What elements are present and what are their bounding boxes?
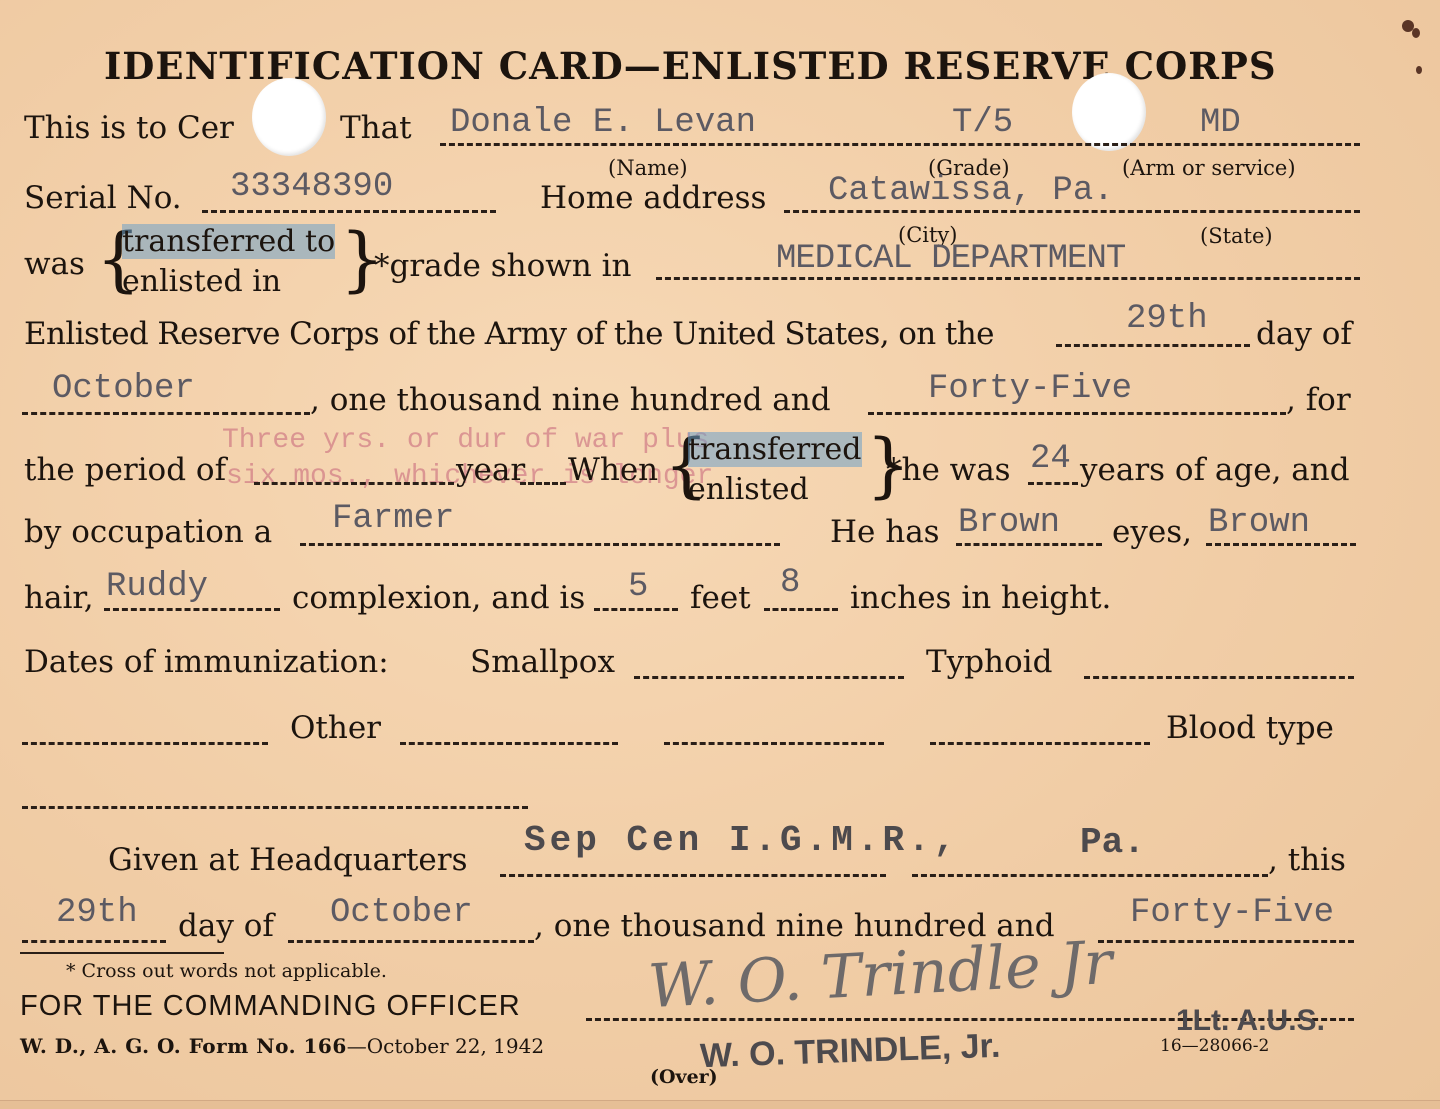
- issue-day-of-label: day of: [178, 908, 274, 944]
- grade-shown-value[interactable]: MEDICAL DEPARTMENT: [776, 240, 1125, 278]
- day-value[interactable]: 29th: [1126, 300, 1208, 338]
- hq-line-2: [912, 874, 1268, 877]
- hair-color-value[interactable]: Brown: [1208, 504, 1310, 542]
- was-option-transferred[interactable]: transferred to: [122, 224, 335, 259]
- name-line: [440, 143, 1360, 146]
- period-label: the period of: [24, 452, 226, 488]
- home-address-label: Home address: [540, 180, 766, 216]
- he-was-label: *he was: [886, 452, 1011, 488]
- footnote-rule: [20, 952, 224, 954]
- day-of-label: day of: [1256, 316, 1352, 352]
- typhoid-line[interactable]: [1084, 676, 1354, 679]
- given-label: Given at Headquarters: [108, 842, 468, 878]
- erc-sentence: Enlisted Reserve Corps of the Army of th…: [24, 316, 994, 352]
- when-option-transferred[interactable]: transferred: [688, 432, 862, 467]
- grade-shown-label: *grade shown in: [374, 248, 631, 284]
- for-co-label: FOR THE COMMANDING OFFICER: [20, 990, 521, 1023]
- print-code: 16—28066-2: [1160, 1036, 1269, 1056]
- feet-value[interactable]: 5: [628, 568, 648, 606]
- age-line: [1028, 482, 1078, 485]
- ink-spot: [1416, 66, 1422, 74]
- inches-line: [764, 608, 838, 611]
- name-value[interactable]: Donale E. Levan: [450, 104, 756, 142]
- certify-label: This is to Cer: [24, 110, 234, 146]
- arm-value[interactable]: MD: [1200, 104, 1241, 142]
- issue-day-line: [22, 940, 166, 943]
- serial-label: Serial No.: [24, 180, 182, 216]
- that-label: That: [340, 110, 412, 146]
- period-line-1: [254, 482, 454, 485]
- ink-spot: [1412, 28, 1420, 38]
- occupation-label: by occupation a: [24, 514, 272, 550]
- footnote: * Cross out words not applicable.: [66, 960, 387, 982]
- complexion-value[interactable]: Ruddy: [106, 568, 208, 606]
- period-line-2: [520, 482, 566, 485]
- hair-label: hair,: [24, 580, 94, 616]
- he-has-label: He has: [830, 514, 940, 550]
- hq-line-1: [500, 874, 886, 877]
- year-line: [868, 412, 1286, 415]
- eyes-label: eyes,: [1112, 514, 1192, 550]
- caption-state: (State): [1200, 224, 1273, 248]
- immunization-label: Dates of immunization:: [24, 644, 389, 680]
- issue-day-value[interactable]: 29th: [56, 894, 138, 932]
- grade-value[interactable]: T/5: [952, 104, 1013, 142]
- hq-stamp-value[interactable]: Sep Cen I.G.M.R.,: [524, 820, 959, 861]
- id-card: IDENTIFICATION CARD—ENLISTED RESERVE COR…: [0, 0, 1440, 1109]
- issue-year-value[interactable]: Forty-Five: [1130, 894, 1334, 932]
- other-line-1[interactable]: [400, 742, 618, 745]
- other-line-2[interactable]: [664, 742, 884, 745]
- year-prefix-label: , one thousand nine hundred and: [310, 382, 831, 418]
- eyes-value[interactable]: Brown: [958, 504, 1060, 542]
- smallpox-line[interactable]: [634, 676, 904, 679]
- year-value[interactable]: Forty-Five: [928, 370, 1132, 408]
- this-label: , this: [1268, 842, 1346, 878]
- form-number-text: W. D., A. G. O. Form No. 166: [20, 1034, 347, 1058]
- signer-rank-stamp: 1Lt. A.U.S.: [1176, 1004, 1325, 1038]
- punch-hole-right: [1072, 73, 1146, 151]
- smallpox-label: Smallpox: [470, 644, 615, 680]
- feet-line: [594, 608, 678, 611]
- month-value[interactable]: October: [52, 370, 195, 408]
- typhoid-label: Typhoid: [926, 644, 1052, 680]
- was-label: was: [24, 246, 85, 282]
- period-year-label: year: [456, 452, 525, 488]
- occupation-value[interactable]: Farmer: [332, 500, 454, 538]
- hq-stamp-state[interactable]: Pa.: [1080, 822, 1145, 863]
- form-number: W. D., A. G. O. Form No. 166—October 22,…: [20, 1034, 544, 1058]
- was-option-enlisted[interactable]: enlisted in: [122, 264, 281, 299]
- occupation-line: [300, 543, 780, 546]
- age-suffix-label: years of age, and: [1080, 452, 1350, 488]
- inches-label: inches in height.: [850, 580, 1111, 616]
- immunization-line-left[interactable]: [22, 742, 268, 745]
- inches-value[interactable]: 8: [780, 564, 800, 602]
- complexion-line: [104, 608, 280, 611]
- serial-line: [202, 210, 496, 213]
- blood-type-line[interactable]: [22, 806, 528, 809]
- complexion-label: complexion, and is: [292, 580, 585, 616]
- signer-name-stamp: W. O. TRINDLE, Jr.: [699, 1027, 1001, 1076]
- issue-month-value[interactable]: October: [330, 894, 473, 932]
- eyes-line: [956, 543, 1102, 546]
- issue-month-line: [288, 940, 534, 943]
- serial-value[interactable]: 33348390: [230, 168, 393, 206]
- other-line-3[interactable]: [930, 742, 1150, 745]
- when-label: When: [568, 452, 658, 488]
- day-line: [1056, 344, 1250, 347]
- for-label: , for: [1286, 382, 1351, 418]
- feet-label: feet: [690, 580, 751, 616]
- other-label: Other: [290, 710, 381, 746]
- month-line: [22, 412, 310, 415]
- hair-color-line: [1206, 543, 1356, 546]
- when-option-enlisted[interactable]: enlisted: [688, 472, 809, 507]
- address-line: [784, 210, 1360, 213]
- home-address-value[interactable]: Catawissa, Pa.: [828, 172, 1114, 210]
- age-value[interactable]: 24: [1030, 440, 1071, 478]
- issue-year-line: [1098, 940, 1354, 943]
- punch-hole-left: [252, 78, 326, 156]
- caption-arm: (Arm or service): [1122, 156, 1296, 180]
- form-date: —October 22, 1942: [347, 1034, 544, 1058]
- caption-name: (Name): [608, 156, 688, 180]
- blood-type-label: Blood type: [1166, 710, 1334, 746]
